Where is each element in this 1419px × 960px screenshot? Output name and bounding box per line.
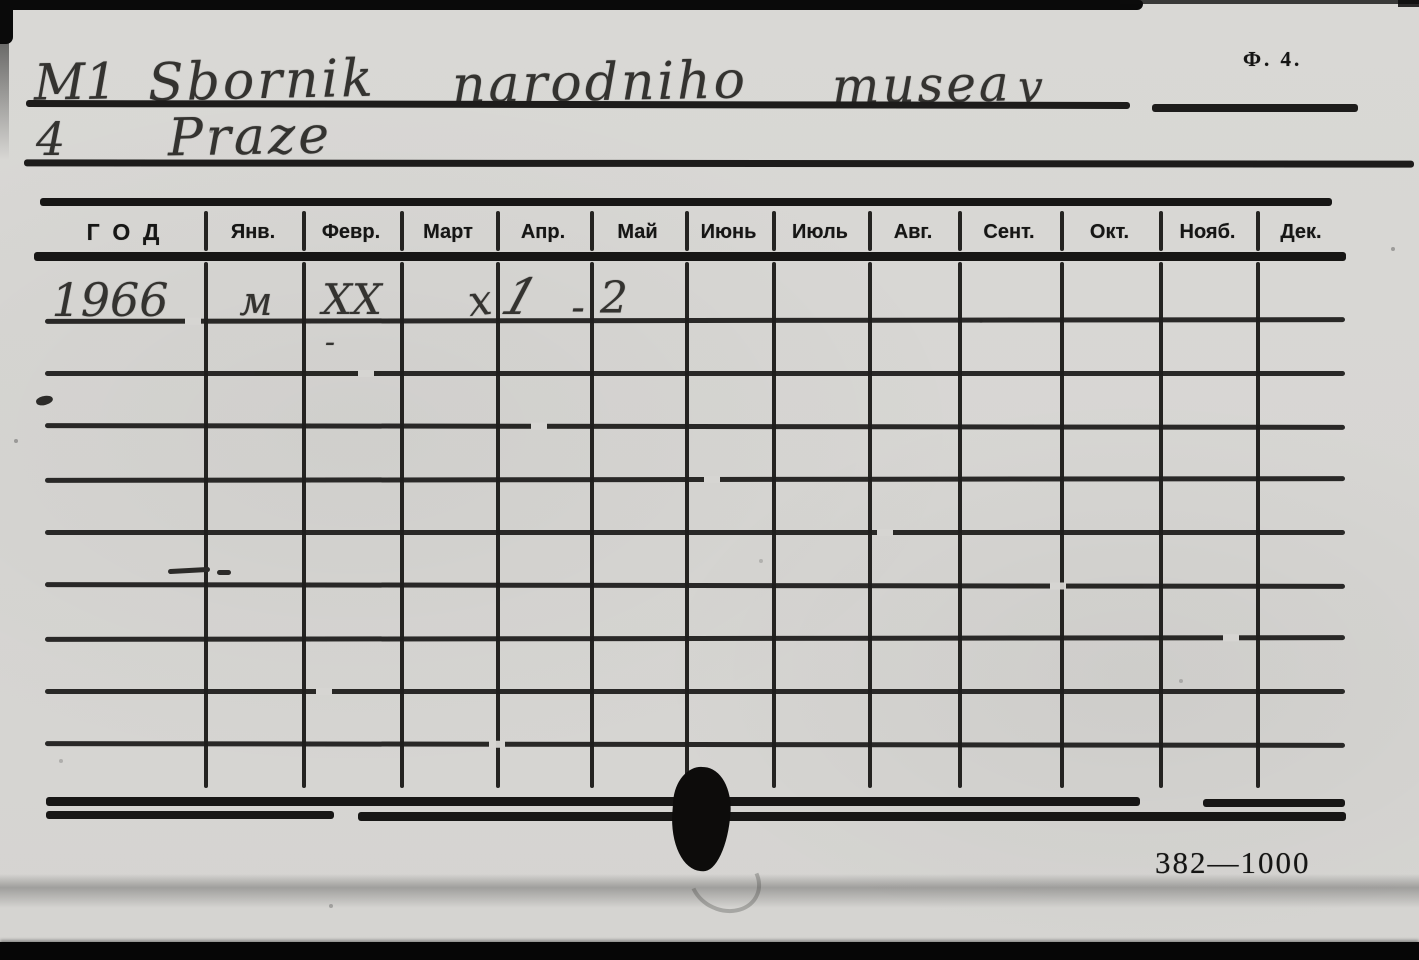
header-tick <box>1060 211 1064 251</box>
scanned-checkin-card: M1 Sbornik narodniho musea v Ф. 4. 4 Pra… <box>0 0 1419 960</box>
header-tick <box>400 211 404 251</box>
month-header-3: Март <box>400 213 496 251</box>
header-tick <box>496 211 500 251</box>
row-line-ink-gap <box>358 370 374 377</box>
year-column-pen-dash-small <box>217 570 231 575</box>
column-divider-line <box>590 262 594 788</box>
scan-edge-top-bar <box>8 0 1143 10</box>
table-bottom-border-segment <box>1203 799 1345 807</box>
header-tick <box>685 211 689 251</box>
table-bottom-border-segment <box>358 812 1346 821</box>
row-line <box>45 635 1345 642</box>
row-line <box>45 371 1345 376</box>
row-line <box>45 530 1345 535</box>
table-header-underline <box>34 252 1346 261</box>
month-header-1: Янв. <box>204 213 302 251</box>
column-divider-line <box>958 262 962 788</box>
handwritten-entry: м <box>239 282 272 322</box>
month-header-2: Февр. <box>302 213 400 251</box>
month-header-6: Июнь <box>685 213 772 251</box>
column-divider-line <box>1256 262 1260 788</box>
header-tick <box>1159 211 1163 251</box>
row-line-ink-gap <box>877 529 893 536</box>
scan-edge-left-fade <box>0 40 9 160</box>
row-line <box>45 689 1345 694</box>
paper-noise-specks <box>0 0 2 2</box>
handwritten-entry: XX <box>322 279 382 321</box>
handwritten-entry: х <box>466 279 494 323</box>
header-tick <box>868 211 872 251</box>
form-number-label: Ф. 4. <box>1243 47 1302 72</box>
scan-edge-top-thin-line <box>1120 0 1419 4</box>
row-line-ink-gap <box>531 423 547 430</box>
column-divider-line <box>868 262 872 788</box>
column-divider-line <box>1159 262 1163 788</box>
month-header-4: Апр. <box>496 213 590 251</box>
scan-edge-top-right-corner <box>1398 0 1419 7</box>
row-line-ink-gap <box>1050 582 1066 589</box>
row-line <box>45 476 1345 483</box>
row-line <box>45 741 1345 748</box>
shelf-mark-line2: 4 <box>36 116 65 162</box>
column-divider-line <box>302 262 306 788</box>
row-line <box>45 582 1345 589</box>
header-tick <box>1256 211 1260 251</box>
month-header-7: Июль <box>772 213 868 251</box>
scan-edge-left-sliver <box>0 0 13 44</box>
header-tick <box>302 211 306 251</box>
month-header-9: Сент. <box>958 213 1060 251</box>
row-line <box>45 423 1345 430</box>
column-divider-line <box>685 262 689 788</box>
handwritten-entry: - <box>325 328 335 358</box>
handwritten-entry: 2 <box>600 277 628 321</box>
table-top-border <box>40 198 1332 206</box>
handwritten-entry: 1 <box>496 272 544 322</box>
column-divider-line <box>772 262 776 788</box>
margin-pen-tick <box>35 394 54 407</box>
column-divider-line <box>496 262 500 788</box>
row-line-ink-gap <box>316 688 332 695</box>
month-header-12: Дек. <box>1256 213 1346 251</box>
month-header-5: Май <box>590 213 685 251</box>
header-tick <box>772 211 776 251</box>
column-divider-line <box>204 262 208 788</box>
blank-fill-in-underline <box>1152 104 1358 112</box>
title-underline-2 <box>24 159 1414 167</box>
handwritten-entry: 1966 <box>51 277 168 323</box>
column-divider-line <box>1060 262 1064 788</box>
header-tick <box>204 211 208 251</box>
row-line-ink-gap <box>704 476 720 483</box>
handwritten-entry: - <box>571 288 585 328</box>
month-header-8: Авг. <box>868 213 958 251</box>
header-tick <box>958 211 962 251</box>
year-column-header: ГОД <box>45 213 204 251</box>
row-line-ink-gap <box>185 318 201 325</box>
row-line-ink-gap <box>1223 634 1239 641</box>
title-line2-word: Praze <box>168 110 333 165</box>
month-header-10: Окт. <box>1060 213 1159 251</box>
month-header-11: Нояб. <box>1159 213 1256 251</box>
header-tick <box>590 211 594 251</box>
table-bottom-border-segment <box>46 811 334 819</box>
column-divider-line <box>400 262 404 788</box>
row-line-ink-gap <box>489 741 505 748</box>
table-bottom-border-segment <box>46 797 1140 806</box>
print-run-code: 382—1000 <box>1155 845 1311 881</box>
scan-edge-bottom-bar <box>0 942 1419 960</box>
